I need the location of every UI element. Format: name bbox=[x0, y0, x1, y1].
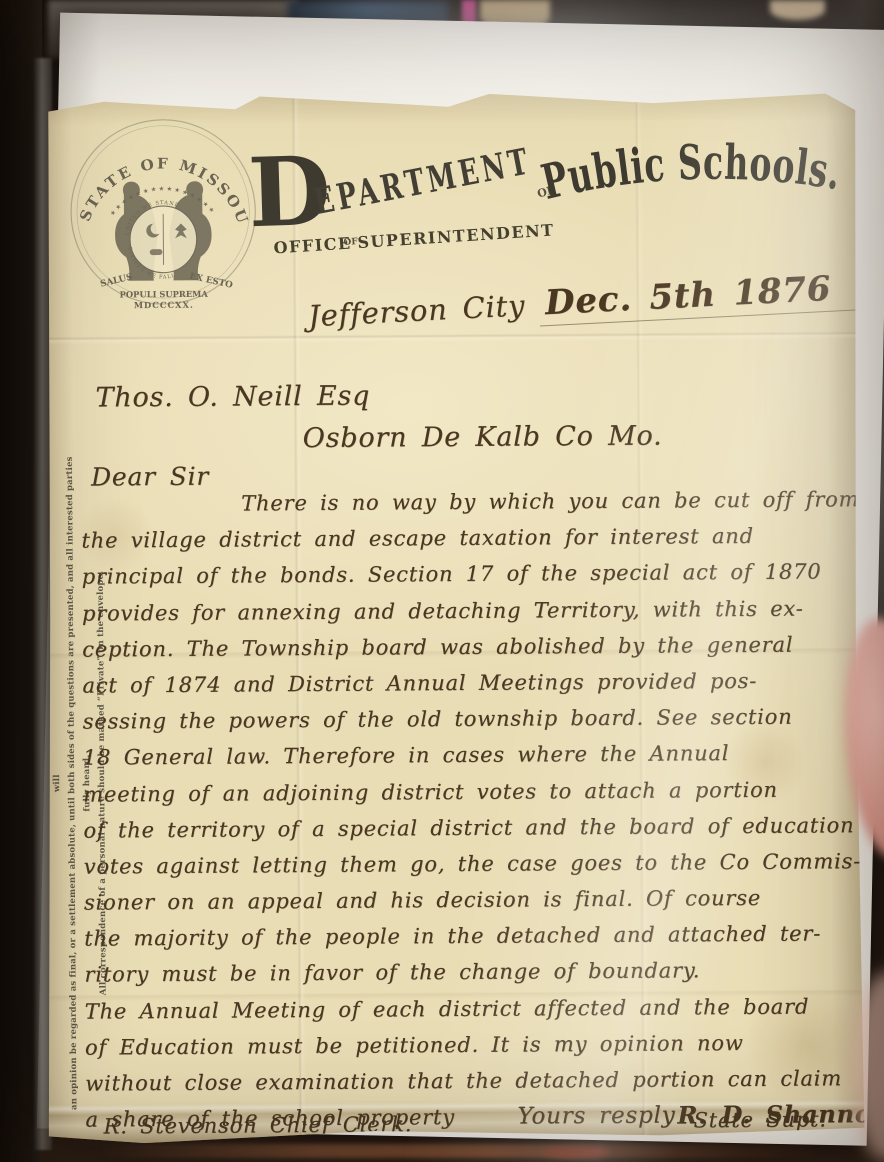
body-line: act of 1874 and District Annual Meetings… bbox=[82, 662, 860, 704]
masthead-title-rest: EPARTMENT bbox=[310, 140, 536, 223]
body-line: the majority of the people in the detach… bbox=[84, 915, 862, 957]
seal-year-text: MDCCCXX. bbox=[134, 300, 194, 310]
body-line: 18 General law. Therefore in cases where… bbox=[83, 734, 861, 776]
masthead-title-line2: Public Schools. bbox=[536, 130, 847, 211]
letter-body: There is no way by which you can be cut … bbox=[81, 481, 864, 1138]
body-line: principal of the bonds. Section 17 of th… bbox=[82, 554, 860, 596]
office-title: SUPERINTENDENT bbox=[357, 220, 555, 252]
body-line: ritory must be in favor of the change of… bbox=[84, 952, 862, 994]
letterhead-masthead: D EPARTMENT OF Public Schools. OFFICE OF… bbox=[242, 94, 858, 264]
letter-paper: STATE OF MISSOURI. ★ ★ ★ ★ ★ ★ ★ ★ ★ ★ ★… bbox=[38, 89, 865, 1145]
addressee: Thos. O. Neill Esq bbox=[95, 381, 370, 414]
dateline-place: Jefferson City bbox=[307, 288, 526, 333]
body-line: of the territory of a special district a… bbox=[83, 807, 861, 849]
missouri-state-seal: STATE OF MISSOURI. ★ ★ ★ ★ ★ ★ ★ ★ ★ ★ ★… bbox=[64, 103, 261, 310]
svg-text:Public Schools.: Public Schools. bbox=[536, 130, 847, 211]
body-line: sessing the powers of the old township b… bbox=[83, 698, 861, 740]
body-line: votes against letting them go, the case … bbox=[84, 843, 862, 885]
dateline: Jefferson CityDec. 5th 1876 bbox=[307, 267, 868, 335]
svg-text:EPARTMENT: EPARTMENT bbox=[310, 140, 536, 223]
body-line: of Education must be petitioned. It is m… bbox=[85, 1024, 863, 1066]
body-line: sioner on an appeal and his decision is … bbox=[84, 879, 862, 921]
body-line: The Annual Meeting of each district affe… bbox=[85, 988, 863, 1030]
body-line: meeting of an adjoining district votes t… bbox=[83, 771, 861, 813]
masthead-graphic: D EPARTMENT OF Public Schools. OFFICE OF… bbox=[242, 94, 858, 264]
background-reflection-tan-right bbox=[770, 0, 825, 20]
body-line: the village district and escape taxation… bbox=[81, 517, 859, 559]
background-reflection-bottom bbox=[100, 1144, 820, 1158]
body-line: ception. The Township board was abolishe… bbox=[82, 626, 860, 668]
address-line: Osborn De Kalb Co Mo. bbox=[303, 421, 663, 455]
body-line: without close examination that the detac… bbox=[85, 1060, 863, 1102]
body-line: provides for annexing and detaching Terr… bbox=[82, 590, 860, 632]
seal-bear-small-icon bbox=[150, 249, 163, 255]
background-reflection-red bbox=[540, 1146, 610, 1158]
signature-title: State Supt. bbox=[693, 1107, 826, 1132]
seal-graphic: STATE OF MISSOURI. ★ ★ ★ ★ ★ ★ ★ ★ ★ ★ ★… bbox=[64, 103, 261, 310]
seal-banner-text: POPULI SUPREMA bbox=[120, 289, 209, 300]
dateline-date: Dec. 5th 1876 bbox=[538, 267, 860, 326]
office-word: OFFICE bbox=[273, 234, 352, 258]
body-line: There is no way by which you can be cut … bbox=[81, 481, 859, 523]
closing-phrase: Yours resply bbox=[517, 1098, 675, 1135]
photo-of-letter: STATE OF MISSOURI. ★ ★ ★ ★ ★ ★ ★ ★ ★ ★ ★… bbox=[0, 0, 884, 1162]
